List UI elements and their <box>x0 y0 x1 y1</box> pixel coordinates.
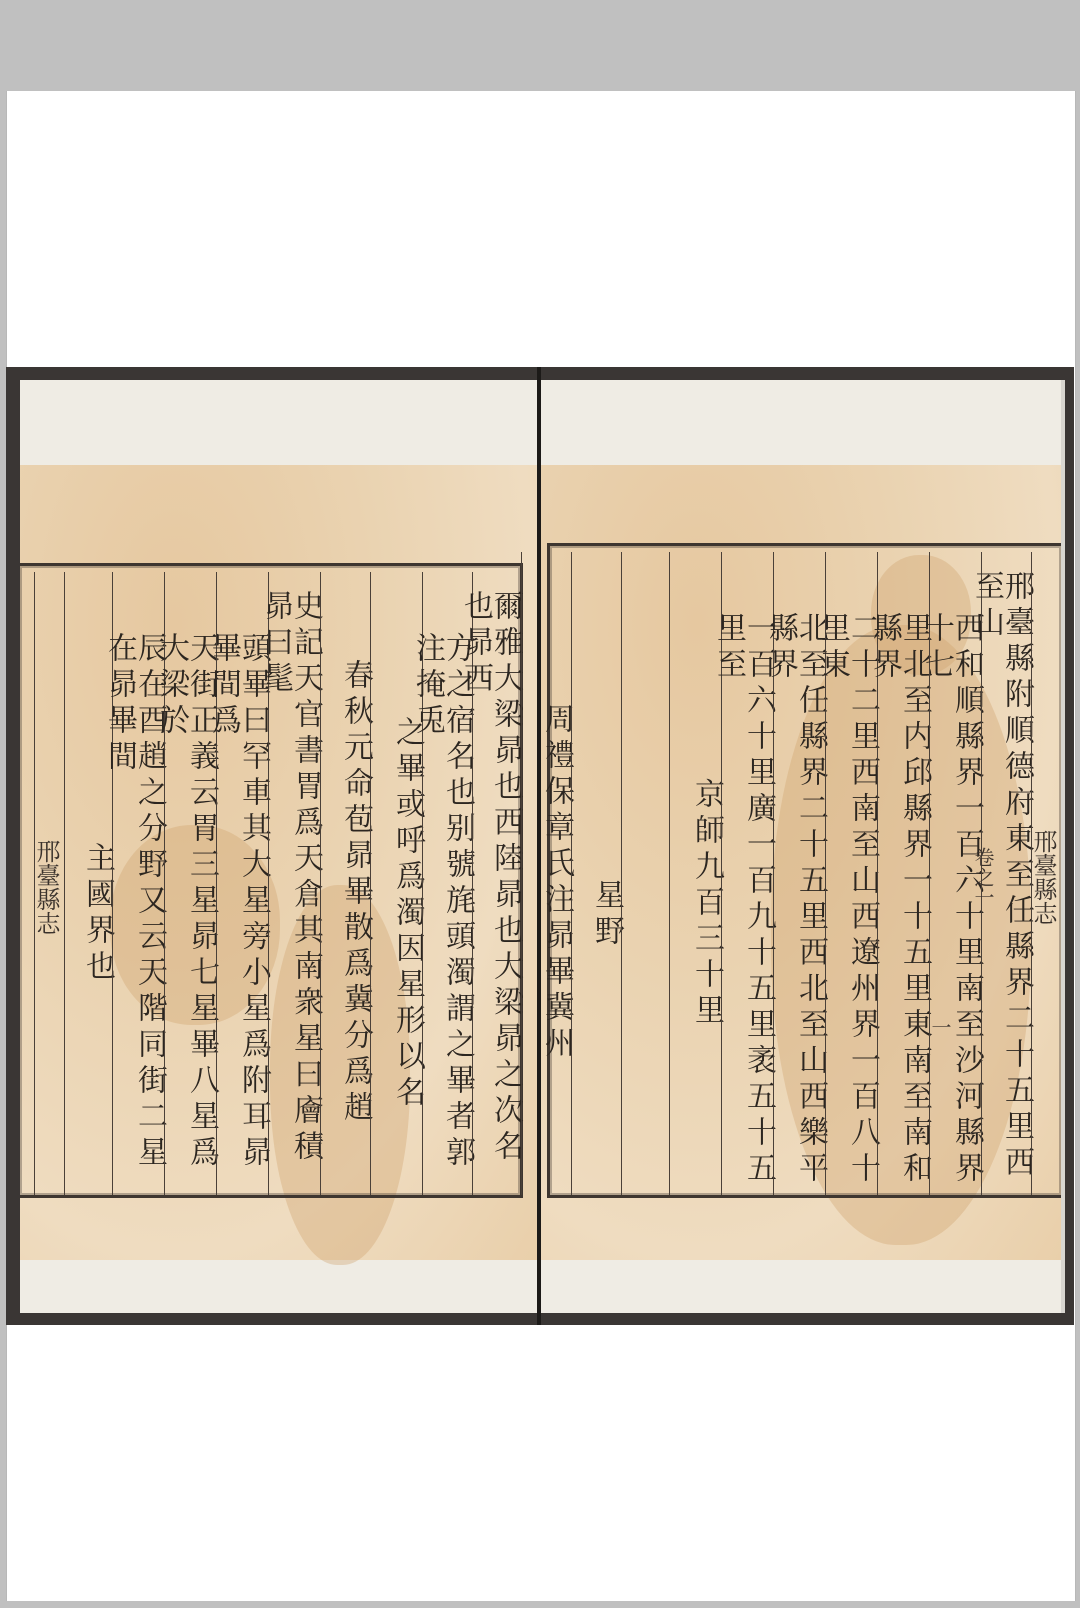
text-column: 周禮保章氏注昴畢冀州 <box>521 552 571 1195</box>
banxin-page-number: 一 <box>926 1017 955 1037</box>
left-page: 爾雅大梁昴也西陸昴也大梁昴之次名也昴西 方之宿名也别號旄頭濁謂之畢者郭注掩兎 之… <box>20 380 537 1313</box>
right-page-columns: 邢臺縣志 卷之一 一 邢臺縣附順德府東至任縣界二十五里西至山 西和順縣界一百六十… <box>550 552 1061 1195</box>
banxin-volume: 卷之一 <box>0 857 1 917</box>
left-page-paper: 爾雅大梁昴也西陸昴也大梁昴之次名也昴西 方之宿名也别號旄頭濁謂之畢者郭注掩兎 之… <box>20 465 537 1260</box>
left-banxin: 邢臺縣志 卷之一 星野 二 <box>34 572 64 1195</box>
section-heading-column: 星野 <box>571 552 621 1195</box>
right-page-frame: 邢臺縣志 卷之一 一 邢臺縣附順德府東至任縣界二十五里西至山 西和順縣界一百六十… <box>547 543 1061 1198</box>
text-column: 史記天官書胃爲天倉其南衆星曰廥積昴曰髦 <box>268 572 320 1195</box>
text-column: 春秋元命苞昴畢散爲冀分爲趙 <box>320 572 370 1195</box>
right-page: 邢臺縣志 卷之一 一 邢臺縣附順德府東至任縣界二十五里西至山 西和順縣界一百六十… <box>541 380 1065 1313</box>
left-page-frame: 爾雅大梁昴也西陸昴也大梁昴之次名也昴西 方之宿名也别號旄頭濁謂之畢者郭注掩兎 之… <box>20 563 523 1198</box>
text-column <box>621 552 669 1195</box>
text-column: 爾雅大梁昴也西陸昴也大梁昴之次名也昴西 <box>472 572 520 1195</box>
banxin-title: 邢臺縣志 <box>29 839 64 935</box>
banxin-title: 邢臺縣志 <box>1026 829 1061 925</box>
banxin-volume: 卷之一 <box>969 847 998 907</box>
right-page-paper: 邢臺縣志 卷之一 一 邢臺縣附順德府東至任縣界二十五里西至山 西和順縣界一百六十… <box>541 465 1061 1260</box>
right-banxin: 邢臺縣志 卷之一 一 <box>1031 552 1061 1195</box>
left-page-columns: 爾雅大梁昴也西陸昴也大梁昴之次名也昴西 方之宿名也别號旄頭濁謂之畢者郭注掩兎 之… <box>20 572 520 1195</box>
